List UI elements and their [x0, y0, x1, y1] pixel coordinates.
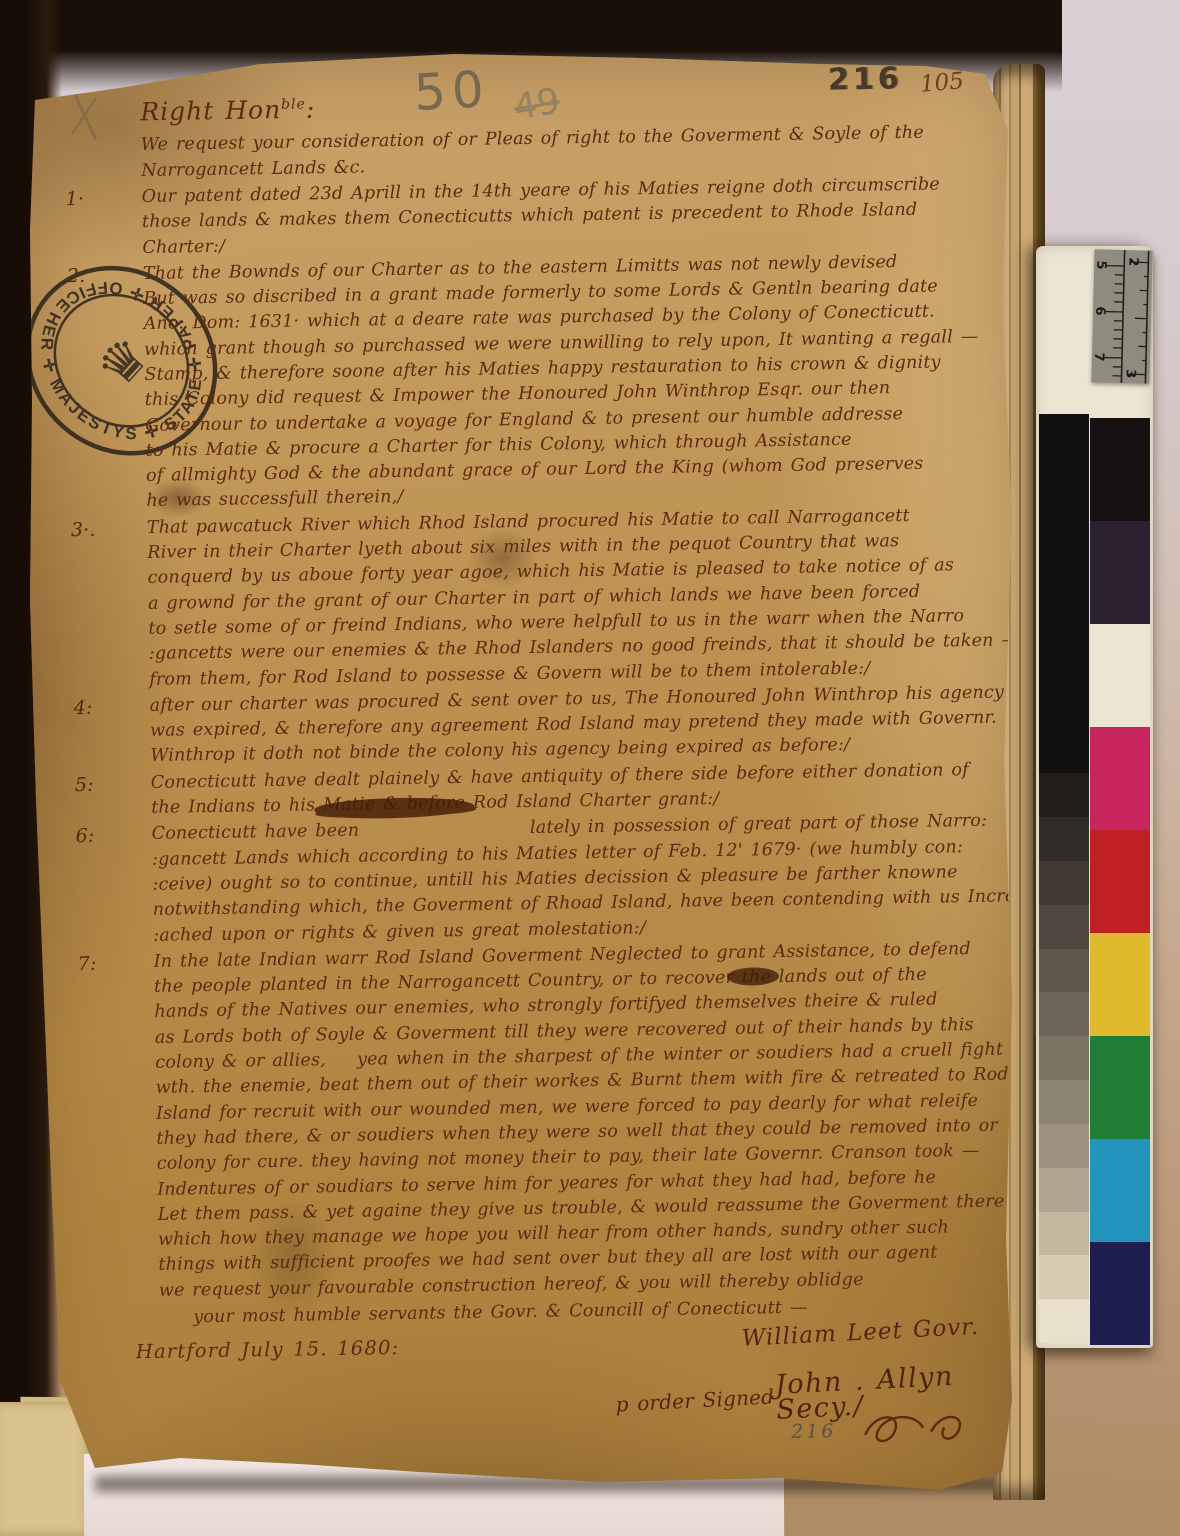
color-patch-black — [1090, 418, 1150, 521]
ruler-inch-label: 2 — [1125, 257, 1140, 266]
manuscript-text: Right Honble: We request your considerat… — [140, 78, 1046, 1364]
grayscale-step — [1039, 1124, 1089, 1168]
numbered-item: 7:In the late Indian warr Rod Island Gov… — [153, 936, 1044, 1304]
item-number: 7: — [77, 952, 96, 978]
salutation-main: Right Hon — [140, 95, 281, 126]
numbered-items: 1·Our patent dated 23d Aprill in the 14t… — [141, 171, 1044, 1304]
color-separation-guide: 56723 — [1036, 246, 1153, 1348]
item-number: 5: — [75, 773, 94, 799]
ruler-cm-label: 7 — [1091, 352, 1106, 361]
numbered-item: 1·Our patent dated 23d Aprill in the 14t… — [141, 171, 1028, 261]
color-patch-yellow — [1090, 933, 1150, 1036]
grayscale-step — [1039, 1036, 1089, 1080]
grayscale-step — [1039, 1299, 1089, 1343]
ruler: 56723 — [1091, 249, 1152, 383]
ruler-cm-label: 5 — [1093, 260, 1108, 269]
grayscale-step — [1039, 1168, 1089, 1212]
pencil-cross-mark — [66, 88, 106, 144]
color-patch-white — [1090, 624, 1150, 727]
grayscale-step — [1039, 992, 1089, 1036]
salutation-colon: : — [306, 95, 316, 124]
grayscale-step — [1039, 861, 1089, 905]
color-patch-column — [1090, 418, 1150, 1345]
item-number: 2. — [67, 264, 86, 290]
manuscript-page: HER ✛ MAJESTYS ✛ STATE ✛ PAPER ✛ OFFICE … — [28, 48, 1028, 1508]
numbered-item: 3·.That pawcatuck River which Rhod Islan… — [147, 502, 1036, 693]
numbered-item: 6:Conecticutt have been lately in posses… — [151, 808, 1039, 948]
grayscale-wedge — [1039, 414, 1089, 1343]
grayscale-step — [1039, 414, 1089, 773]
archival-photo: HER ✛ MAJESTYS ✛ STATE ✛ PAPER ✛ OFFICE … — [0, 0, 1180, 1536]
item-number: 4: — [73, 696, 92, 722]
item-number: 1· — [65, 187, 84, 213]
color-patch-magenta — [1090, 727, 1150, 830]
docket-number: 216 — [791, 1419, 837, 1445]
grayscale-step — [1039, 1212, 1089, 1256]
numbered-item: 4:after our charter was procured & sent … — [149, 680, 1036, 770]
color-patch-red — [1090, 830, 1150, 933]
item-number: 6: — [75, 824, 94, 850]
grayscale-step — [1039, 773, 1089, 817]
grayscale-step — [1039, 905, 1089, 949]
numbered-item: 2.That the Bownds of our Charter as to t… — [143, 248, 1033, 515]
grayscale-step — [1039, 1255, 1089, 1299]
color-patch-violet — [1090, 521, 1150, 624]
grayscale-step — [1039, 817, 1089, 861]
pen-flourish — [861, 1407, 982, 1449]
salutation-superscript: ble — [281, 96, 306, 112]
color-patch-green — [1090, 1036, 1150, 1139]
ruler-inch-label: 3 — [1123, 369, 1138, 378]
ruler-cm-label: 6 — [1092, 306, 1107, 315]
color-patch-navy — [1090, 1242, 1150, 1345]
salutation: Right Honble: — [140, 78, 1026, 127]
item-number: 3·. — [71, 518, 96, 544]
grayscale-step — [1039, 949, 1089, 993]
color-patch-cyan — [1090, 1139, 1150, 1242]
signature-order-note: p order Signed — [615, 1384, 775, 1417]
grayscale-step — [1039, 1080, 1089, 1124]
